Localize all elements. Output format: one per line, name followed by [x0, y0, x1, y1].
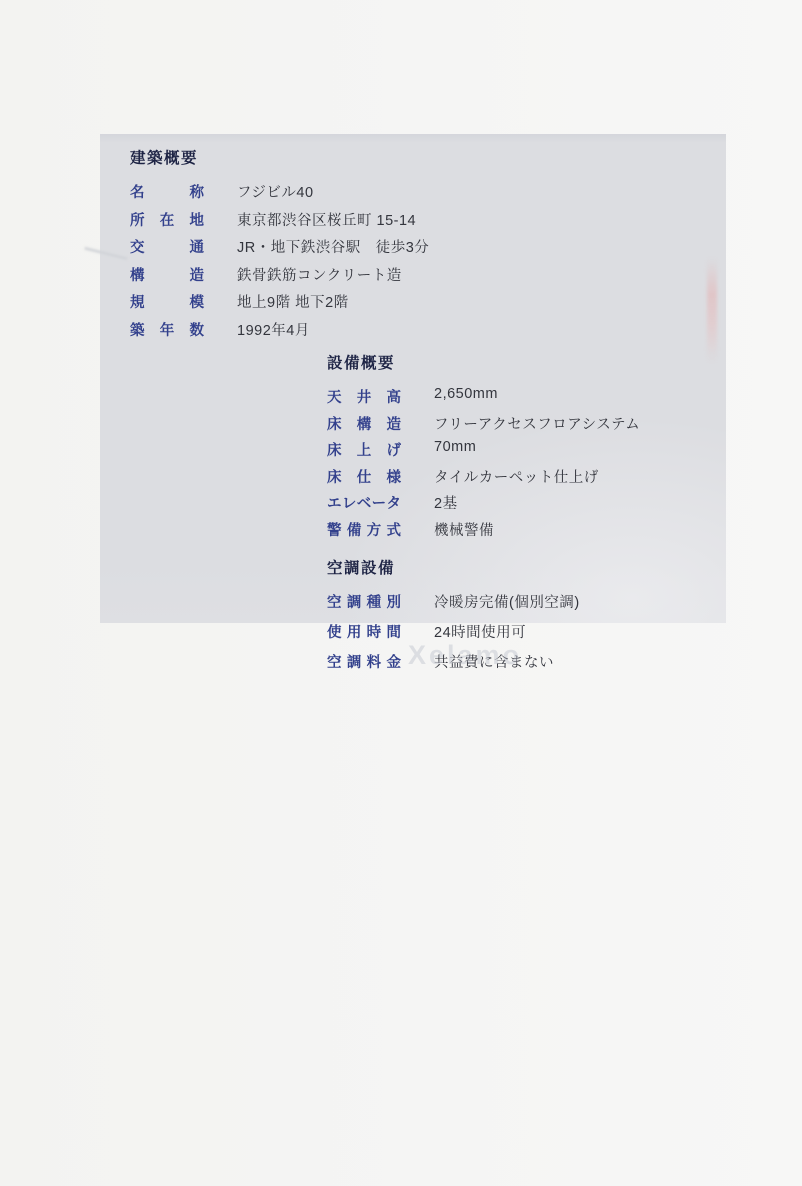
spec-row-floor-structure: 床構造フリーアクセスフロアシステム: [327, 413, 640, 440]
section-building-overview: 建築概要 名称フジビル40 所在地東京都渋谷区桜丘町 15-14 交通JR・地下…: [130, 146, 429, 346]
spec-value: 2基: [434, 492, 458, 513]
spec-label: 築年数: [130, 319, 204, 340]
section-title: 空調設備: [327, 556, 580, 578]
spec-value: 24時間使用可: [434, 621, 526, 642]
spec-label: 交通: [130, 236, 204, 257]
section-title: 設備概要: [327, 351, 640, 373]
spec-value: 2,650mm: [434, 386, 498, 402]
spec-row-security: 警備方式機械警備: [327, 519, 640, 546]
spec-row-access: 交通JR・地下鉄渋谷駅 徒歩3分: [130, 236, 429, 264]
spec-value: 冷暖房完備(個別空調): [434, 591, 580, 612]
spec-label: 空調種別: [327, 591, 401, 612]
spec-row-elevator: エレベータ2基: [327, 492, 640, 519]
spec-value: フジビル40: [237, 181, 314, 202]
pink-scan-streak-artifact: [707, 258, 717, 362]
spec-label: 床上げ: [327, 439, 401, 460]
spec-row-raised-floor: 床上げ70mm: [327, 439, 640, 466]
spec-label: 所在地: [130, 209, 204, 230]
spec-value: 機械警備: [434, 519, 494, 540]
spec-row-scale: 規模地上9階 地下2階: [130, 291, 429, 319]
spec-value: 地上9階 地下2階: [237, 291, 349, 312]
spec-value: JR・地下鉄渋谷駅 徒歩3分: [237, 236, 429, 257]
spec-label: 使用時間: [327, 621, 401, 642]
spec-value: 1992年4月: [237, 319, 310, 340]
spec-row-name: 名称フジビル40: [130, 181, 429, 209]
section-facility-overview: 設備概要 天井高2,650mm 床構造フリーアクセスフロアシステム 床上げ70m…: [327, 351, 640, 545]
spec-label: 警備方式: [327, 519, 401, 540]
watermark-text: Xelamo: [408, 640, 522, 671]
spec-row-address: 所在地東京都渋谷区桜丘町 15-14: [130, 209, 429, 237]
spec-label: 天井高: [327, 386, 401, 407]
section-title: 建築概要: [130, 146, 429, 168]
spec-row-ceiling-height: 天井高2,650mm: [327, 386, 640, 413]
spec-label: 規模: [130, 291, 204, 312]
spec-value: 70mm: [434, 439, 476, 455]
spec-value: フリーアクセスフロアシステム: [434, 413, 640, 434]
spec-value: 鉄骨鉄筋コンクリート造: [237, 264, 402, 285]
spec-row-structure: 構造鉄骨鉄筋コンクリート造: [130, 264, 429, 292]
spec-label: 床構造: [327, 413, 401, 434]
spec-row-floor-finish: 床仕様タイルカーペット仕上げ: [327, 466, 640, 493]
spec-label: 名称: [130, 181, 204, 202]
spec-label: 構造: [130, 264, 204, 285]
spec-row-built-year: 築年数1992年4月: [130, 319, 429, 347]
spec-value: タイルカーペット仕上げ: [434, 466, 599, 487]
scanned-document-page: 建築概要 名称フジビル40 所在地東京都渋谷区桜丘町 15-14 交通JR・地下…: [0, 0, 802, 1186]
spec-row-ac-type: 空調種別冷暖房完備(個別空調): [327, 591, 580, 621]
spec-label: 空調料金: [327, 651, 401, 672]
spec-value: 東京都渋谷区桜丘町 15-14: [237, 209, 416, 230]
spec-label: エレベータ: [327, 492, 401, 513]
spec-label: 床仕様: [327, 466, 401, 487]
